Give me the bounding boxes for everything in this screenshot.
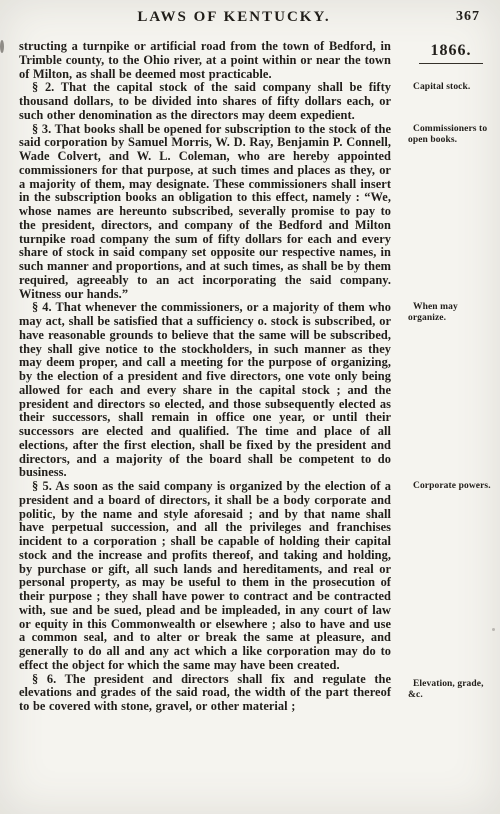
body-paragraph: § 3. That books shall be opened for subs… <box>19 123 391 302</box>
body-paragraph: § 6. The president and directors shall f… <box>19 673 391 714</box>
margin-note: When may organize. <box>408 302 494 324</box>
margin-note: Corporate powers. <box>408 481 494 492</box>
scan-artifact <box>492 628 495 631</box>
page-content: structing a turnpike or artificial road … <box>19 34 500 714</box>
year-rule <box>419 63 483 64</box>
section-5: § 5. As soon as the said company is orga… <box>19 480 500 673</box>
section-4: § 4. That whenever the commissioners, or… <box>19 301 500 480</box>
body-paragraph: § 5. As soon as the said company is orga… <box>19 480 391 673</box>
section-6: § 6. The president and directors shall f… <box>19 673 500 714</box>
scan-artifact <box>0 40 4 53</box>
running-header-title: LAWS OF KENTUCKY. <box>109 9 359 26</box>
section-2: § 2. That the capital stock of the said … <box>19 81 500 122</box>
book-page: LAWS OF KENTUCKY. 367 structing a turnpi… <box>0 0 500 814</box>
section-3: § 3. That books shall be opened for subs… <box>19 123 500 302</box>
body-paragraph: structing a turnpike or artificial road … <box>19 40 391 81</box>
year-sidenote: 1866. <box>408 42 494 60</box>
body-paragraph: § 4. That whenever the commissioners, or… <box>19 301 391 480</box>
running-header: LAWS OF KENTUCKY. 367 <box>19 7 500 34</box>
margin-note: Commissioners to open books. <box>408 124 494 146</box>
margin-note: Elevation, grade, &c. <box>408 679 494 701</box>
body-paragraph: § 2. That the capital stock of the said … <box>19 81 391 122</box>
margin-note: Capital stock. <box>408 82 494 93</box>
section-continuation: structing a turnpike or artificial road … <box>19 40 500 81</box>
page-number: 367 <box>456 9 480 25</box>
